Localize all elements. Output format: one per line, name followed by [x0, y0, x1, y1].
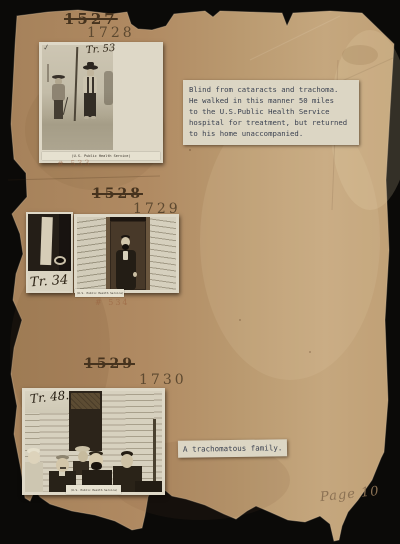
- clapboard-wall-right: [150, 217, 176, 290]
- door-lattice: [71, 393, 100, 409]
- photo1-scene: [42, 45, 113, 150]
- photo2-caption-strip: (U.S. Public Health Service): [75, 289, 124, 297]
- telegraph-pole: [74, 47, 79, 121]
- photo-man-in-doorway: [74, 214, 179, 293]
- new-catalog-number-3: 1730: [139, 372, 187, 388]
- photo-interior-card: Tr. 34: [26, 212, 73, 293]
- man-shirt: [123, 251, 128, 260]
- man-hand: [133, 272, 137, 277]
- photo3-caption-strip: (U.S. Public Health Service): [66, 485, 121, 494]
- photo2-script-area: Tr. 34: [28, 271, 71, 291]
- person1-body: [25, 462, 43, 492]
- typed-label-family-caption: A trachomatous family.: [178, 439, 288, 458]
- background-post: [47, 64, 49, 82]
- oval-sign: [54, 256, 66, 265]
- old-catalog-number-2: 1528: [92, 186, 143, 202]
- blind-man-shoe: [91, 116, 96, 119]
- checkmark-annotation: ✓: [42, 42, 50, 52]
- background-smudge: [104, 71, 113, 105]
- guide-torso: [52, 84, 65, 101]
- photo2-faint-stamp: # 534: [95, 298, 130, 307]
- photo2-caption-text: (U.S. Public Health Service): [76, 291, 123, 294]
- blind-man-pants: [84, 93, 96, 117]
- person4-beard: [91, 462, 102, 470]
- photo3-caption-text: (U.S. Public Health Service): [70, 488, 117, 491]
- photo2-right-scene: [77, 217, 176, 290]
- blind-man-shoe: [84, 116, 89, 119]
- old-catalog-number-3: 1529: [84, 356, 135, 372]
- photo-blind-man-and-guide: (U.S. Public Health Service): [39, 42, 163, 163]
- blind-man-hat-crown: [87, 62, 94, 66]
- suspender-right: [92, 77, 94, 93]
- clapboard-wall-left: [77, 217, 106, 290]
- suspender-left: [87, 77, 89, 93]
- album-page-scan: 1527 1728 (U.S. Public Health Service) ✓: [0, 0, 400, 544]
- foreground-shoulder: [135, 481, 162, 492]
- photo2-handwritten-number: Tr. 34: [30, 272, 69, 290]
- person1-face: [28, 451, 40, 464]
- photo1-faint-stamp: # 533: [57, 158, 92, 168]
- guide-legs: [54, 100, 63, 119]
- photo3-scene: [25, 391, 162, 492]
- white-pillar: [40, 217, 53, 265]
- new-catalog-number-1: 1728: [87, 25, 135, 41]
- person5-face: [121, 454, 133, 468]
- blind-man-shirt: [83, 76, 97, 94]
- photo2-left-scene: [28, 214, 71, 271]
- man-beard: [122, 244, 129, 250]
- typed-label-blind-caption: Blind from cataracts and trachoma. He wa…: [183, 80, 359, 145]
- person2-mustache: [60, 467, 66, 469]
- photo1-caption-text: (U.S. Public Health Service): [72, 154, 131, 158]
- person3-face: [78, 451, 88, 462]
- person2-face: [56, 458, 69, 472]
